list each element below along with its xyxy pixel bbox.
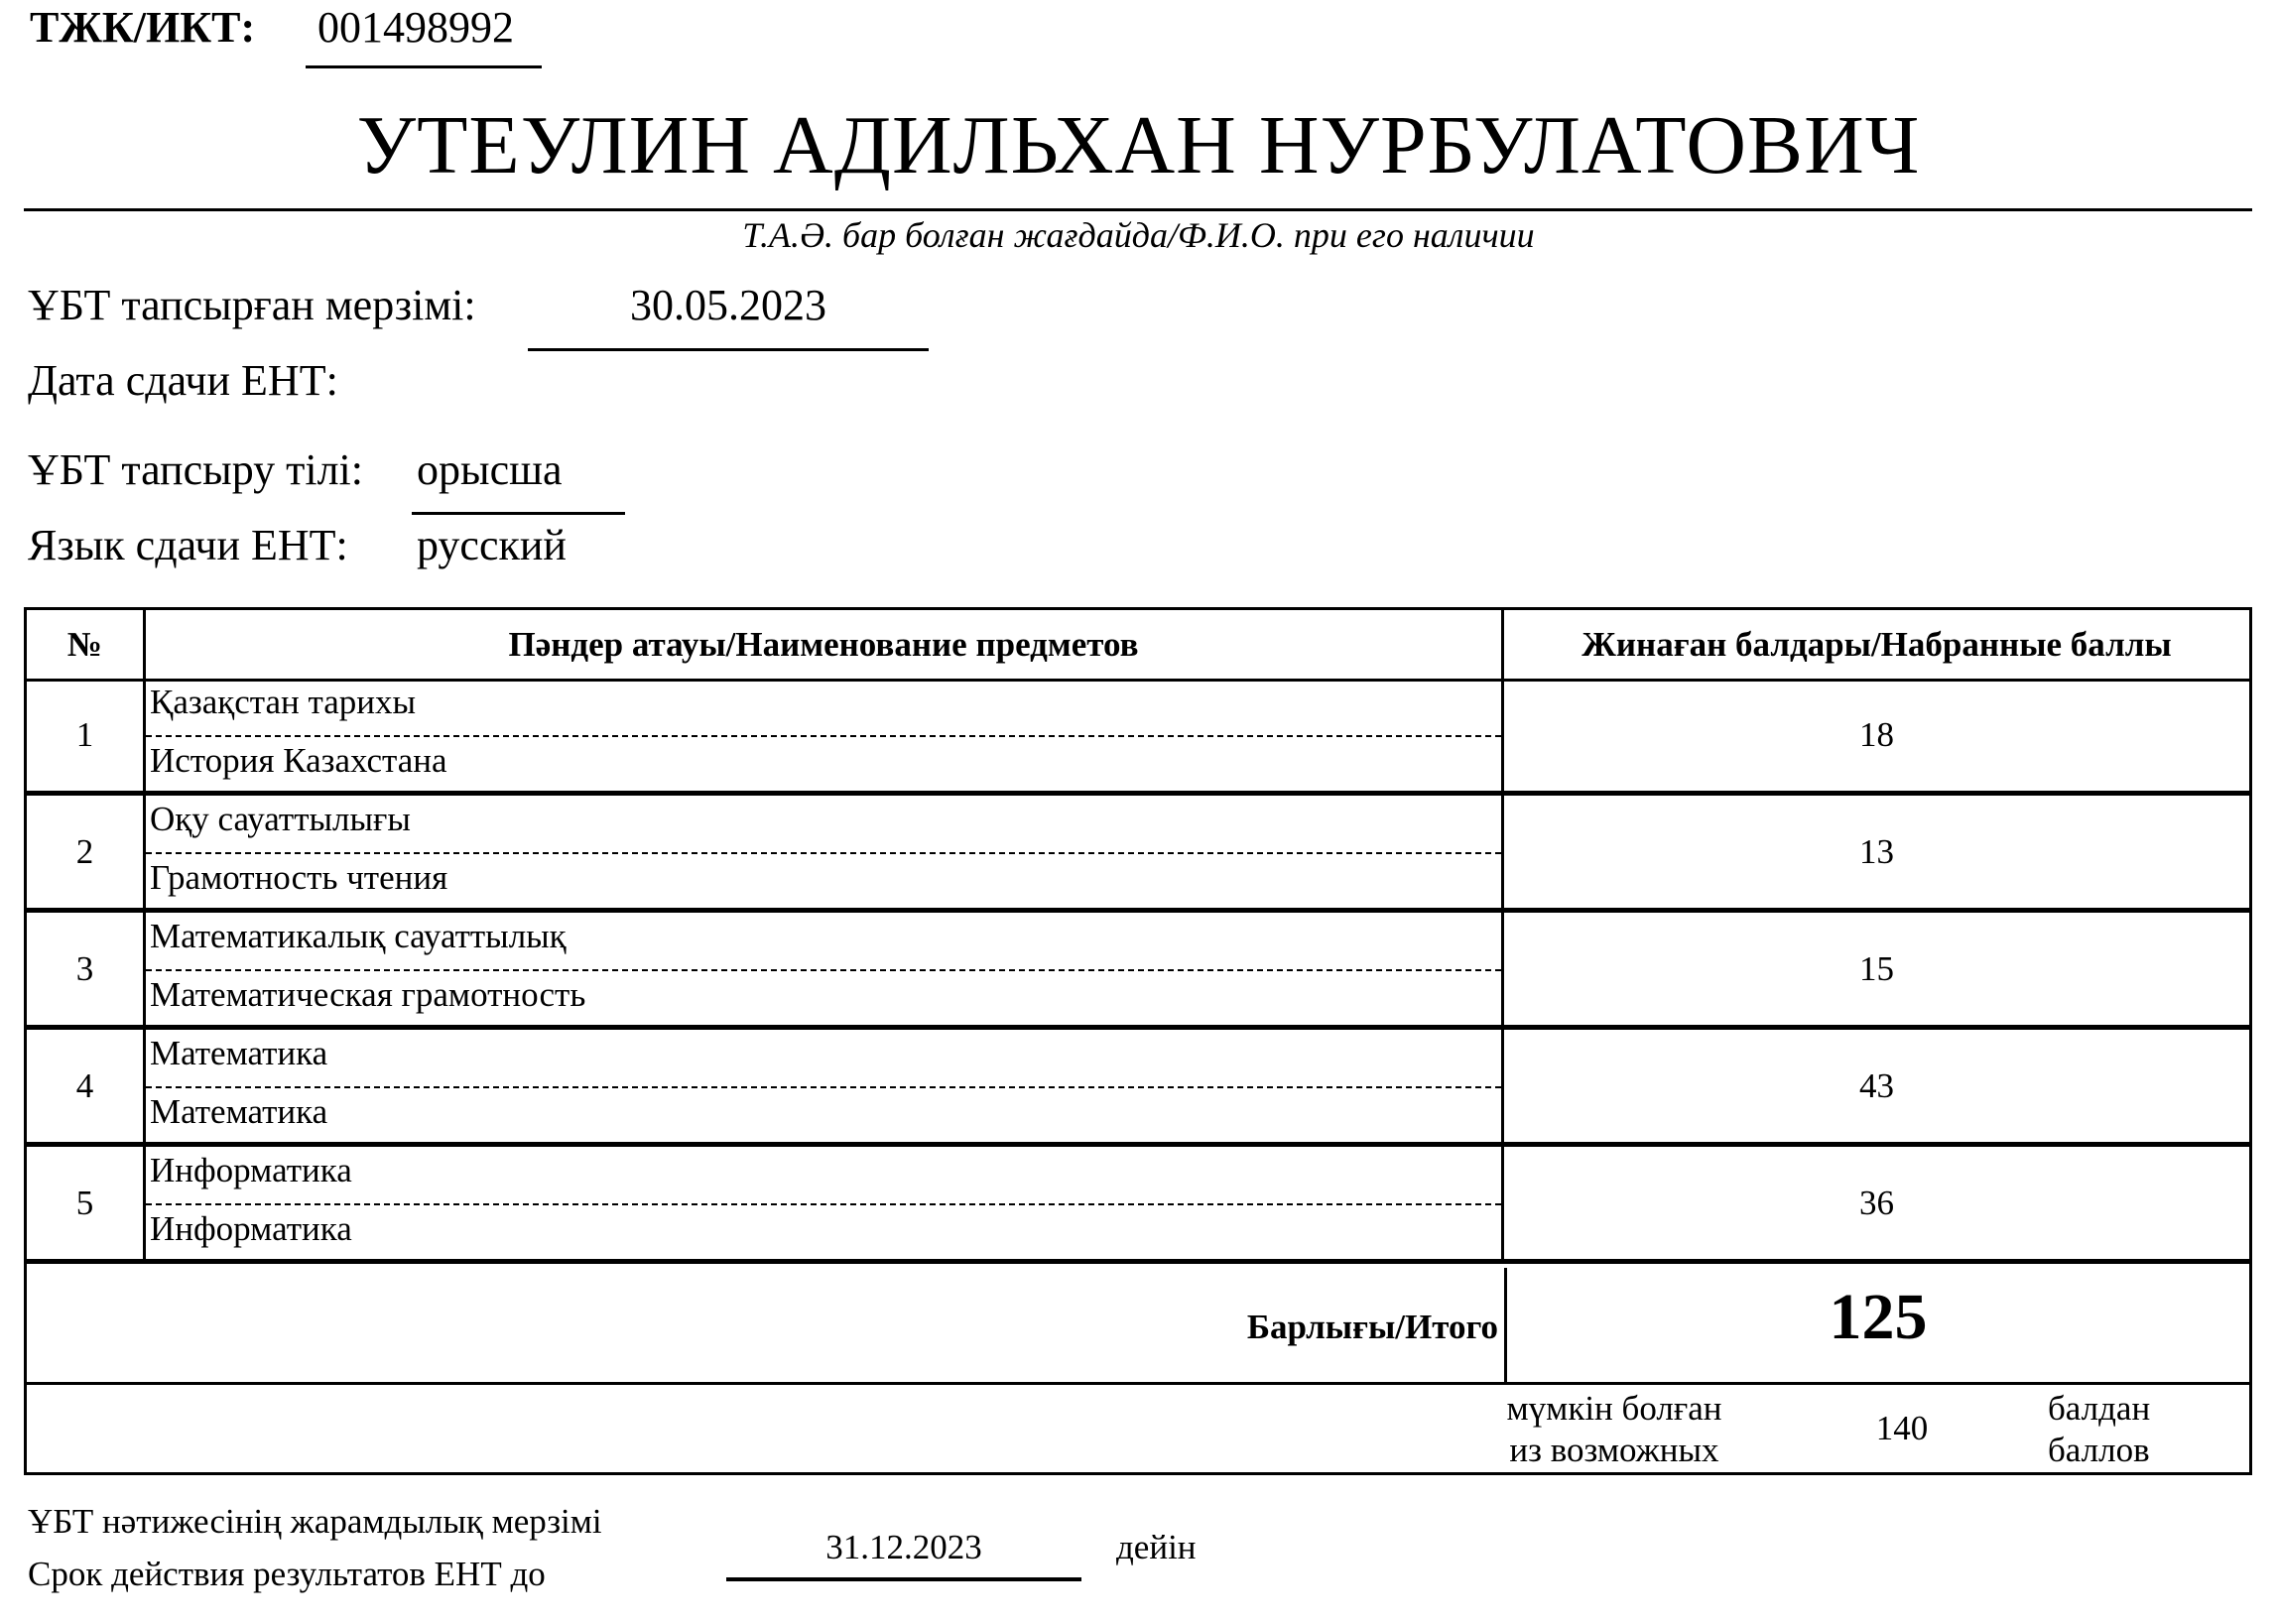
total-value: 125 bbox=[1507, 1280, 2249, 1355]
row-score: 43 bbox=[1504, 1030, 2249, 1142]
scores-table: № Пәндер атауы/Наименование предметов Жи… bbox=[24, 607, 2252, 1475]
subject-name-ru: Математическая грамотность bbox=[150, 975, 585, 1015]
total-label: Барлығы/Итого bbox=[1247, 1308, 1498, 1347]
subject-name-ru: Математика bbox=[150, 1092, 327, 1132]
subject-name-kz: Математика bbox=[150, 1034, 327, 1073]
subject-divider bbox=[146, 969, 1501, 971]
exam-date-label-kz: ҰБТ тапсырған мерзімі: bbox=[28, 280, 476, 330]
row-subject: Оқу сауаттылығыГрамотность чтения bbox=[146, 796, 1504, 908]
subject-name-ru: Информатика bbox=[150, 1209, 352, 1249]
table-row: 1Қазақстан тарихыИстория Казахстана18 bbox=[27, 679, 2249, 796]
exam-date-label-ru: Дата сдачи ЕНТ: bbox=[28, 355, 338, 406]
table-row: 4МатематикаМатематика43 bbox=[27, 1030, 2249, 1147]
validity-label-kz: ҰБТ нәтижесінің жарамдылық мерзімі bbox=[28, 1502, 602, 1542]
row-score: 15 bbox=[1504, 913, 2249, 1025]
subject-name-kz: Информатика bbox=[150, 1151, 352, 1190]
possible-label-kz: мүмкін болған bbox=[1465, 1389, 1763, 1429]
possible-value: 140 bbox=[1813, 1409, 1991, 1448]
name-rule bbox=[24, 208, 2252, 211]
header-number: № bbox=[27, 610, 146, 679]
row-number: 1 bbox=[27, 679, 146, 791]
validity-suffix: дейін bbox=[1116, 1528, 1197, 1567]
subject-name-kz: Математикалық сауаттылық bbox=[150, 917, 567, 956]
validity-label-ru: Срок действия результатов ЕНТ до bbox=[28, 1555, 546, 1594]
subject-divider bbox=[146, 735, 1501, 737]
row-number: 5 bbox=[27, 1147, 146, 1259]
row-subject: ИнформатикаИнформатика bbox=[146, 1147, 1504, 1259]
exam-language-value-kz: орысша bbox=[417, 444, 563, 495]
row-score: 18 bbox=[1504, 679, 2249, 791]
row-score: 13 bbox=[1504, 796, 2249, 908]
exam-language-value-ru: русский bbox=[417, 520, 567, 570]
exam-date-underline bbox=[528, 348, 929, 351]
row-number: 2 bbox=[27, 796, 146, 908]
row-number: 4 bbox=[27, 1030, 146, 1142]
possible-unit-ru: баллов bbox=[2048, 1431, 2150, 1470]
table-header: № Пәндер атауы/Наименование предметов Жи… bbox=[27, 610, 2249, 682]
possible-row: мүмкін болған из возможных 140 балдан ба… bbox=[27, 1385, 2249, 1472]
row-score: 36 bbox=[1504, 1147, 2249, 1259]
table-row: 3Математикалық сауаттылықМатематическая … bbox=[27, 913, 2249, 1030]
row-subject: МатематикаМатематика bbox=[146, 1030, 1504, 1142]
header-subject: Пәндер атауы/Наименование предметов bbox=[146, 610, 1504, 679]
row-subject: Математикалық сауаттылықМатематическая г… bbox=[146, 913, 1504, 1025]
validity-underline bbox=[726, 1577, 1081, 1581]
total-row: Барлығы/Итого 125 bbox=[27, 1268, 2249, 1385]
subject-divider bbox=[146, 852, 1501, 854]
full-name: УТЕУЛИН АДИЛЬХАН НУРБУЛАТОВИЧ bbox=[0, 97, 2277, 193]
exam-language-label-ru: Язык сдачи ЕНТ: bbox=[28, 520, 348, 570]
header-score: Жинаған балдары/Набранные баллы bbox=[1504, 610, 2249, 679]
iin-label: ТЖК/ИКТ: bbox=[30, 2, 255, 53]
validity-date: 31.12.2023 bbox=[726, 1528, 1081, 1567]
subject-name-kz: Қазақстан тарихы bbox=[150, 683, 416, 722]
subject-divider bbox=[146, 1086, 1501, 1088]
subject-name-ru: История Казахстана bbox=[150, 741, 447, 781]
subject-name-kz: Оқу сауаттылығы bbox=[150, 800, 411, 839]
exam-language-label-kz: ҰБТ тапсыру тілі: bbox=[28, 444, 363, 495]
subject-name-ru: Грамотность чтения bbox=[150, 858, 447, 898]
subject-divider bbox=[146, 1203, 1501, 1205]
exam-language-underline bbox=[412, 512, 625, 515]
row-number: 3 bbox=[27, 913, 146, 1025]
row-subject: Қазақстан тарихыИстория Казахстана bbox=[146, 679, 1504, 791]
iin-value: 001498992 bbox=[317, 2, 514, 53]
table-row: 2Оқу сауаттылығыГрамотность чтения13 bbox=[27, 796, 2249, 913]
possible-label-ru: из возможных bbox=[1465, 1431, 1763, 1470]
table-row: 5ИнформатикаИнформатика36 bbox=[27, 1147, 2249, 1264]
iin-underline bbox=[306, 65, 542, 68]
exam-date-value: 30.05.2023 bbox=[528, 280, 929, 330]
possible-unit-kz: балдан bbox=[2048, 1389, 2150, 1429]
name-caption: Т.А.Ә. бар болған жағдайда/Ф.И.О. при ег… bbox=[0, 214, 2277, 256]
